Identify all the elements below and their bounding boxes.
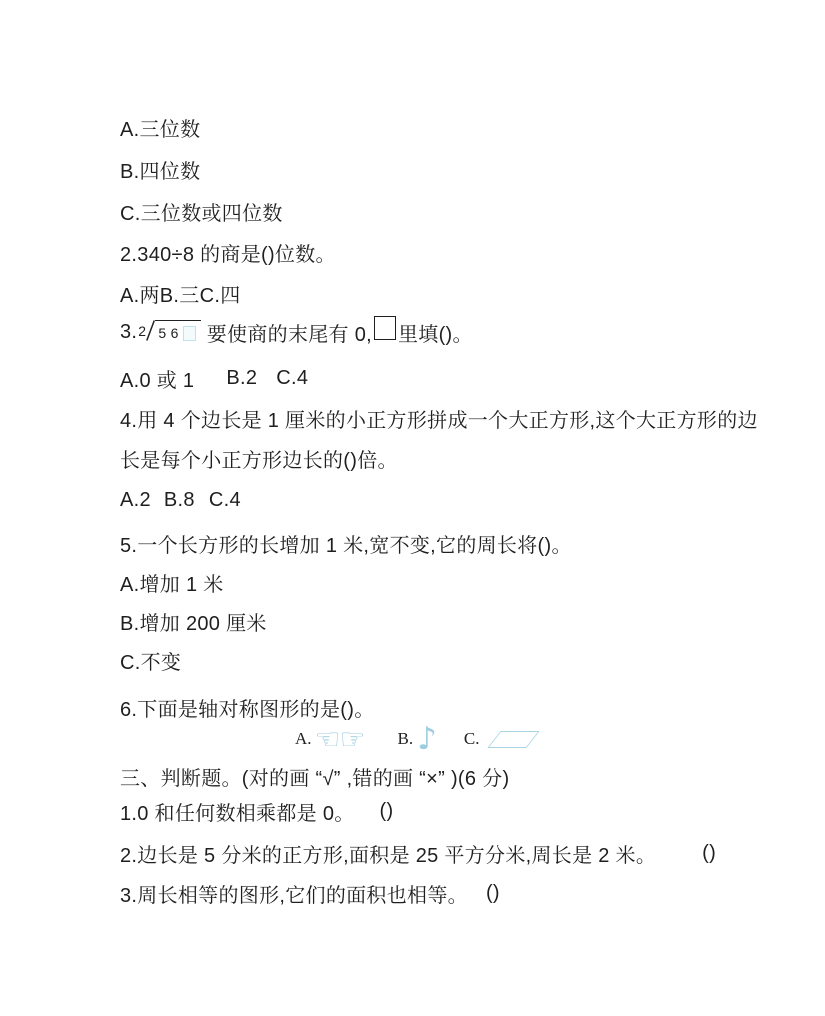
answer-blank-box-icon bbox=[374, 316, 396, 340]
q1-option-a: A.三位数 bbox=[120, 106, 200, 148]
answer-parentheses: () bbox=[380, 800, 394, 823]
option-text: B.增加 200 厘米 bbox=[120, 607, 267, 636]
q5-question: 5.一个长方形的长增加 1 米,宽不变,它的周长将()。 bbox=[120, 522, 572, 564]
q5-option-b: B.增加 200 厘米 bbox=[120, 600, 267, 642]
q6-image-options: A. ☜☞ B. ♪ C. bbox=[295, 718, 533, 760]
question-text: 要使商的末尾有 0, bbox=[207, 318, 372, 347]
option-text: A.三位数 bbox=[120, 113, 200, 142]
question-text: 3.周长相等的图形,它们的面积也相等。 bbox=[120, 879, 468, 908]
division-divisor: 2 bbox=[138, 318, 146, 341]
q4-question-line1: 4.用 4 个边长是 1 厘米的小正方形拼成一个大正方形,这个大正方形的边 bbox=[120, 397, 758, 439]
image-option-b-label: B. bbox=[398, 729, 414, 749]
pointing-hands-icon: ☜☞ bbox=[315, 725, 365, 754]
answer-parentheses: () bbox=[486, 882, 500, 905]
q3-options: A.0 或 1 B.2 C.4 bbox=[120, 357, 308, 399]
question-text: 2.边长是 5 分米的正方形,面积是 25 平方分米,周长是 2 米。 bbox=[120, 839, 656, 868]
option-c: C.4 bbox=[209, 489, 241, 512]
long-division-expression: 25 6 bbox=[138, 318, 200, 342]
judgment-q2: 2.边长是 5 分米的正方形,面积是 25 平方分米,周长是 2 米。 () bbox=[120, 832, 716, 874]
option-b: B.8 bbox=[164, 489, 195, 512]
question-text: 1.0 和任何数相乘都是 0。 bbox=[120, 797, 355, 826]
q5-option-c: C.不变 bbox=[120, 639, 181, 681]
option-text: A.增加 1 米 bbox=[120, 568, 224, 597]
option-b: B.2 bbox=[226, 367, 257, 390]
options-text: A.两B.三C.四 bbox=[120, 279, 241, 308]
question-text: 2.340÷8 的商是()位数。 bbox=[120, 238, 336, 267]
q5-option-a: A.增加 1 米 bbox=[120, 561, 224, 603]
option-a: A.0 或 1 bbox=[120, 364, 194, 393]
music-note-icon: ♪ bbox=[417, 724, 437, 755]
q1-option-c: C.三位数或四位数 bbox=[120, 190, 283, 232]
option-c: C.4 bbox=[276, 367, 308, 390]
division-dividend: 5 6 bbox=[155, 320, 200, 342]
option-a: A.2 bbox=[120, 489, 151, 512]
question-number: 3. bbox=[120, 321, 137, 344]
division-bracket-icon bbox=[146, 320, 155, 341]
option-text: B.四位数 bbox=[120, 155, 200, 184]
question-text: 4.用 4 个边长是 1 厘米的小正方形拼成一个大正方形,这个大正方形的边 bbox=[120, 404, 758, 433]
image-option-a-label: A. bbox=[295, 729, 312, 749]
q2-question: 2.340÷8 的商是()位数。 bbox=[120, 231, 336, 273]
image-option-c-label: C. bbox=[464, 729, 480, 749]
question-text: 长是每个小正方形边长的()倍。 bbox=[120, 444, 398, 473]
heading-text: 三、判断题。(对的画 “√” ,错的画 “×” )(6 分) bbox=[120, 762, 509, 791]
option-text: C.不变 bbox=[120, 646, 181, 675]
question-text-end: 里填()。 bbox=[398, 318, 473, 347]
option-text: C.三位数或四位数 bbox=[120, 197, 283, 226]
parallelogram-icon bbox=[487, 731, 539, 748]
question-text: 5.一个长方形的长增加 1 米,宽不变,它的周长将()。 bbox=[120, 529, 572, 558]
answer-parentheses: () bbox=[702, 842, 716, 865]
dividend-blank-box-icon bbox=[183, 326, 196, 341]
q2-options: A.两B.三C.四 bbox=[120, 272, 241, 314]
judgment-q3: 3.周长相等的图形,它们的面积也相等。 () bbox=[120, 872, 500, 914]
q3-question: 3.25 6要使商的末尾有 0,里填()。 bbox=[120, 311, 473, 353]
q4-options: A.2 B.8 C.4 bbox=[120, 479, 241, 521]
q4-question-line2: 长是每个小正方形边长的()倍。 bbox=[120, 437, 398, 479]
judgment-q1: 1.0 和任何数相乘都是 0。 () bbox=[120, 790, 393, 832]
dividend-digits: 5 6 bbox=[158, 324, 178, 342]
q1-option-b: B.四位数 bbox=[120, 148, 200, 190]
